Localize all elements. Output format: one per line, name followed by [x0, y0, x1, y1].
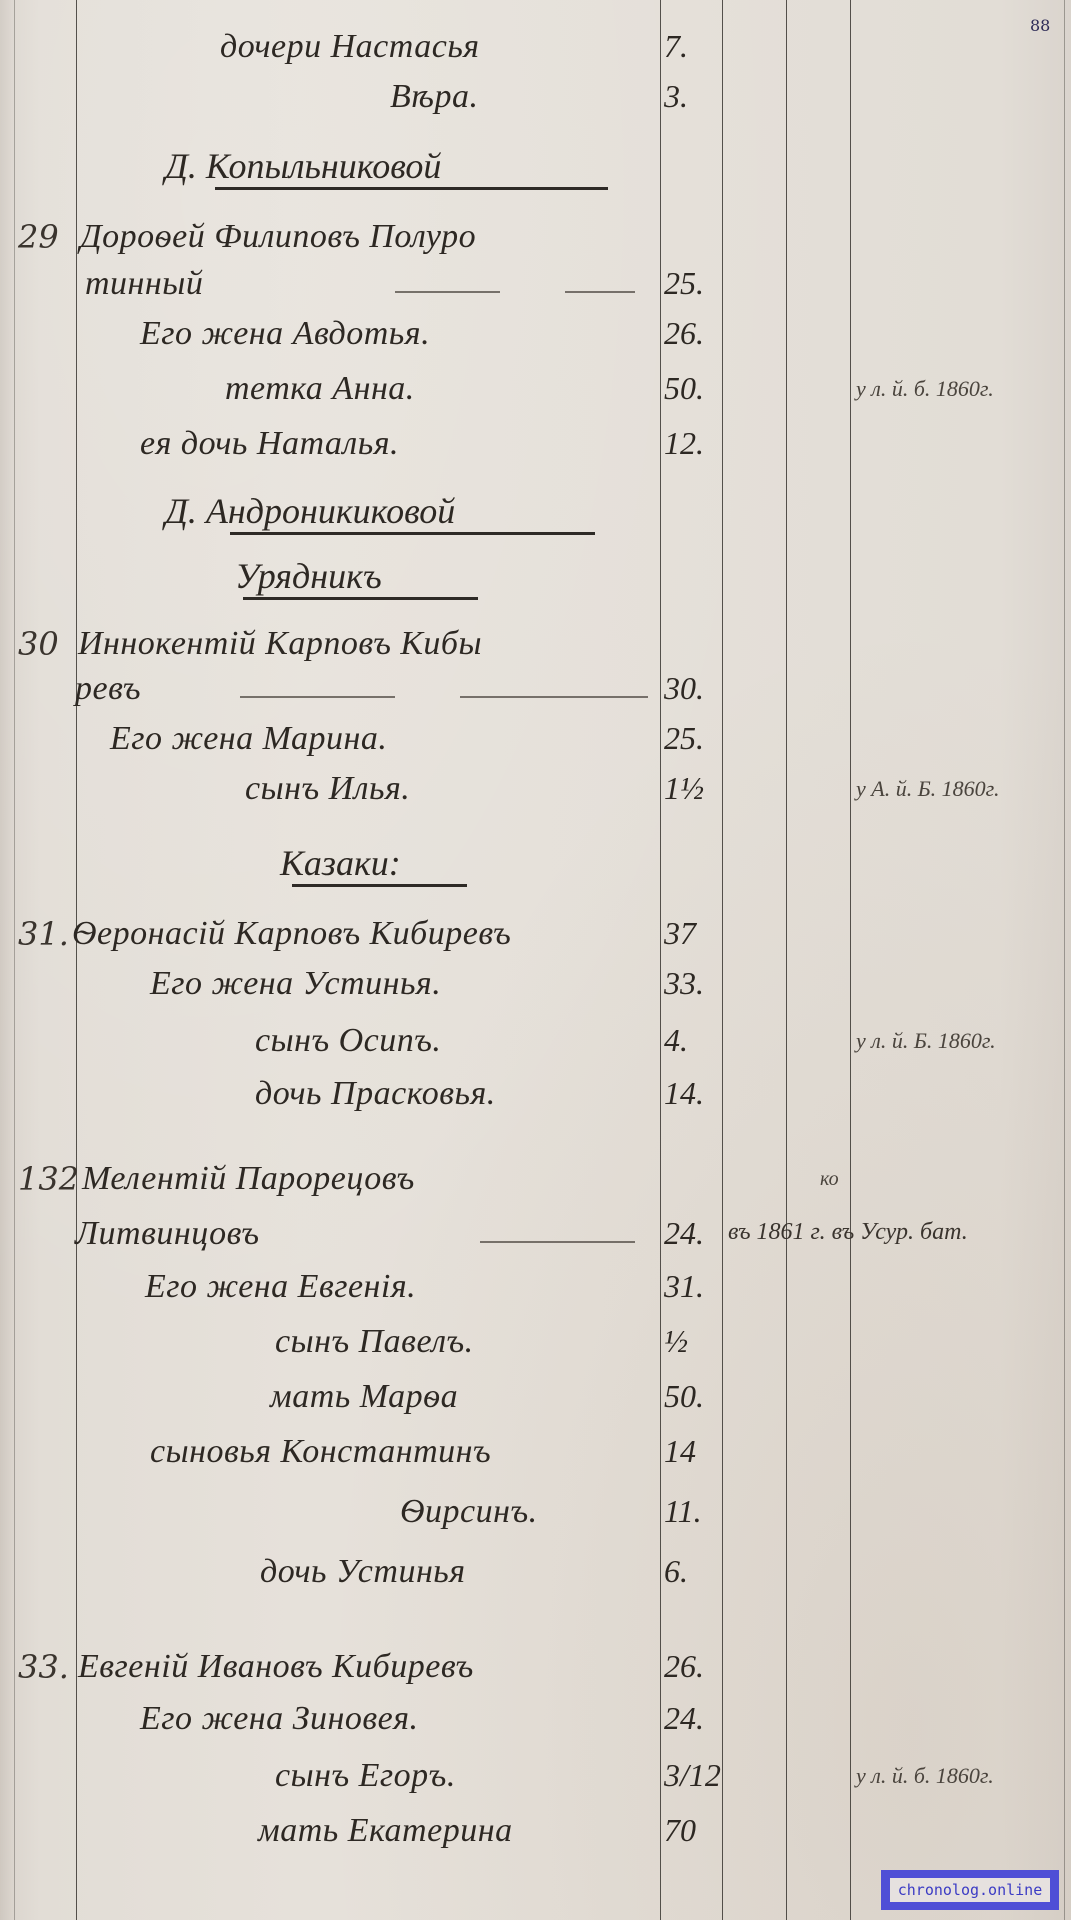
- person-name: Литвинцовъ: [75, 1215, 260, 1253]
- correction-superscript: ко: [820, 1168, 839, 1191]
- filler-dash: [395, 291, 500, 293]
- age-value: 25.: [664, 720, 724, 757]
- filler-dash: [460, 696, 648, 698]
- person-name: Его жена Авдотья.: [140, 315, 430, 353]
- person-name: сынъ Илья.: [245, 770, 410, 808]
- person-name: сыновья Константинъ: [150, 1433, 491, 1471]
- ledger-row: Его жена Евгенія.31.: [0, 1268, 1071, 1308]
- person-name: Его жена Евгенія.: [145, 1268, 416, 1306]
- age-value: ½: [664, 1323, 724, 1360]
- ledger-row: дочь Устинья6.: [0, 1553, 1071, 1593]
- age-value: 26.: [664, 315, 724, 352]
- person-name: мать Екатерина: [258, 1812, 513, 1850]
- age-value: 12.: [664, 425, 724, 462]
- margin-note: у А. й. Б. 1860г.: [856, 776, 999, 802]
- margin-note: у л. й. б. 1860г.: [856, 376, 994, 402]
- person-name: Его жена Марина.: [110, 720, 387, 758]
- ledger-row: Его жена Марина.25.: [0, 720, 1071, 760]
- age-value: 30.: [664, 670, 724, 707]
- ledger-row: сыновья Константинъ14: [0, 1433, 1071, 1473]
- person-name: Его жена Зиновея.: [140, 1700, 419, 1738]
- person-name: Ѳирсинъ.: [400, 1493, 538, 1531]
- person-name: мать Марѳа: [270, 1378, 458, 1416]
- age-value: 50.: [664, 1378, 724, 1415]
- margin-note: у л. й. Б. 1860г.: [856, 1028, 996, 1054]
- person-name: сынъ Павелъ.: [275, 1323, 474, 1361]
- age-value: 14.: [664, 1075, 724, 1112]
- person-name: сынъ Осипъ.: [255, 1022, 441, 1060]
- person-name: сынъ Егоръ.: [275, 1757, 456, 1795]
- person-name: ревъ: [75, 670, 141, 708]
- age-value: 3/12: [664, 1757, 724, 1794]
- section-heading: Д. Копыльниковой: [165, 145, 441, 187]
- age-value: 6.: [664, 1553, 724, 1590]
- age-value: 70: [664, 1812, 724, 1849]
- section-heading: Урядникъ: [235, 555, 382, 597]
- age-value: 11.: [664, 1493, 724, 1530]
- person-name: дочь Устинья: [260, 1553, 466, 1591]
- ledger-row: 33.Евгеній Ивановъ Кибиревъ26.: [0, 1648, 1071, 1688]
- watermark-text: chronolog.online: [890, 1878, 1051, 1902]
- ledger-row: Его жена Устинья.33.: [0, 965, 1071, 1005]
- ledger-row: мать Марѳа50.: [0, 1378, 1071, 1418]
- household-number: 132: [18, 1160, 76, 1198]
- person-name: Вѣра.: [390, 78, 478, 116]
- ledger-row: Его жена Зиновея.24.: [0, 1700, 1071, 1740]
- age-value: 25.: [664, 265, 724, 302]
- age-value: 14: [664, 1433, 724, 1470]
- person-name: Иннокентій Карповъ Кибы: [78, 625, 482, 663]
- age-value: 31.: [664, 1268, 724, 1305]
- age-value: 7.: [664, 28, 724, 65]
- section-heading: Д. Андроникиковой: [165, 490, 455, 532]
- person-name: Евгеній Ивановъ Кибиревъ: [78, 1648, 474, 1686]
- heading-underline: [230, 532, 595, 535]
- age-value: 33.: [664, 965, 724, 1002]
- filler-dash: [480, 1241, 635, 1243]
- age-value: 1½: [664, 770, 724, 807]
- section-heading: Казаки:: [280, 842, 401, 884]
- ledger-row: 132Мелентій Парорецовъ: [0, 1160, 1071, 1200]
- ledger-row: сынъ Илья.1½у А. й. Б. 1860г.: [0, 770, 1071, 810]
- age-value: 24.: [664, 1215, 724, 1252]
- person-name: тинный: [85, 265, 203, 303]
- ledger-row: Литвинцовъ24.въ 1861 г. въ Усур. бат.: [0, 1215, 1071, 1255]
- filler-dash: [240, 696, 395, 698]
- ledger-row: Вѣра.3.: [0, 78, 1071, 118]
- heading-underline: [243, 597, 478, 600]
- watermark-badge[interactable]: chronolog.online: [881, 1870, 1059, 1910]
- age-value: 24.: [664, 1700, 724, 1737]
- ledger-row: Его жена Авдотья.26.: [0, 315, 1071, 355]
- ledger-row: 30Иннокентій Карповъ Кибы: [0, 625, 1071, 665]
- household-number: 31.: [18, 915, 76, 953]
- person-name: Его жена Устинья.: [150, 965, 441, 1003]
- heading-underline: [215, 187, 608, 190]
- age-value: 37: [664, 915, 724, 952]
- ledger-row: ревъ30.: [0, 670, 1071, 710]
- ledger-row: тинный25.: [0, 265, 1071, 305]
- ledger-row: дочь Прасковья.14.: [0, 1075, 1071, 1115]
- filler-dash: [565, 291, 635, 293]
- person-name: дочери Настасья: [220, 28, 480, 66]
- person-name: Дороѳей Филиповъ Полуро: [80, 218, 476, 256]
- age-value: 50.: [664, 370, 724, 407]
- margin-note: у л. й. б. 1860г.: [856, 1763, 994, 1789]
- ledger-row: сынъ Егоръ.3/12у л. й. б. 1860г.: [0, 1757, 1071, 1797]
- household-number: 29: [18, 218, 76, 256]
- ledger-row: сынъ Осипъ.4.у л. й. Б. 1860г.: [0, 1022, 1071, 1062]
- age-value: 26.: [664, 1648, 724, 1685]
- household-number: 33.: [18, 1648, 76, 1686]
- ledger-row: дочери Настасья7.: [0, 28, 1071, 68]
- ledger-row: Ѳирсинъ.11.: [0, 1493, 1071, 1533]
- household-number: 30: [18, 625, 76, 663]
- ledger-row: мать Екатерина70: [0, 1812, 1071, 1852]
- person-name: ея дочь Наталья.: [140, 425, 399, 463]
- age-value: 3.: [664, 78, 724, 115]
- ledger-row: ея дочь Наталья.12.: [0, 425, 1071, 465]
- service-note: въ 1861 г. въ Усур. бат.: [728, 1219, 968, 1246]
- heading-underline: [292, 884, 467, 887]
- person-name: тетка Анна.: [225, 370, 415, 408]
- ledger-row: 31.Ѳеронасій Карповъ Кибиревъ37: [0, 915, 1071, 955]
- ledger-row: тетка Анна.50.у л. й. б. 1860г.: [0, 370, 1071, 410]
- ledger-row: сынъ Павелъ.½: [0, 1323, 1071, 1363]
- ledger-row: 29Дороѳей Филиповъ Полуро: [0, 218, 1071, 258]
- person-name: Ѳеронасій Карповъ Кибиревъ: [72, 915, 511, 953]
- person-name: дочь Прасковья.: [255, 1075, 496, 1113]
- person-name: Мелентій Парорецовъ: [82, 1160, 415, 1198]
- age-value: 4.: [664, 1022, 724, 1059]
